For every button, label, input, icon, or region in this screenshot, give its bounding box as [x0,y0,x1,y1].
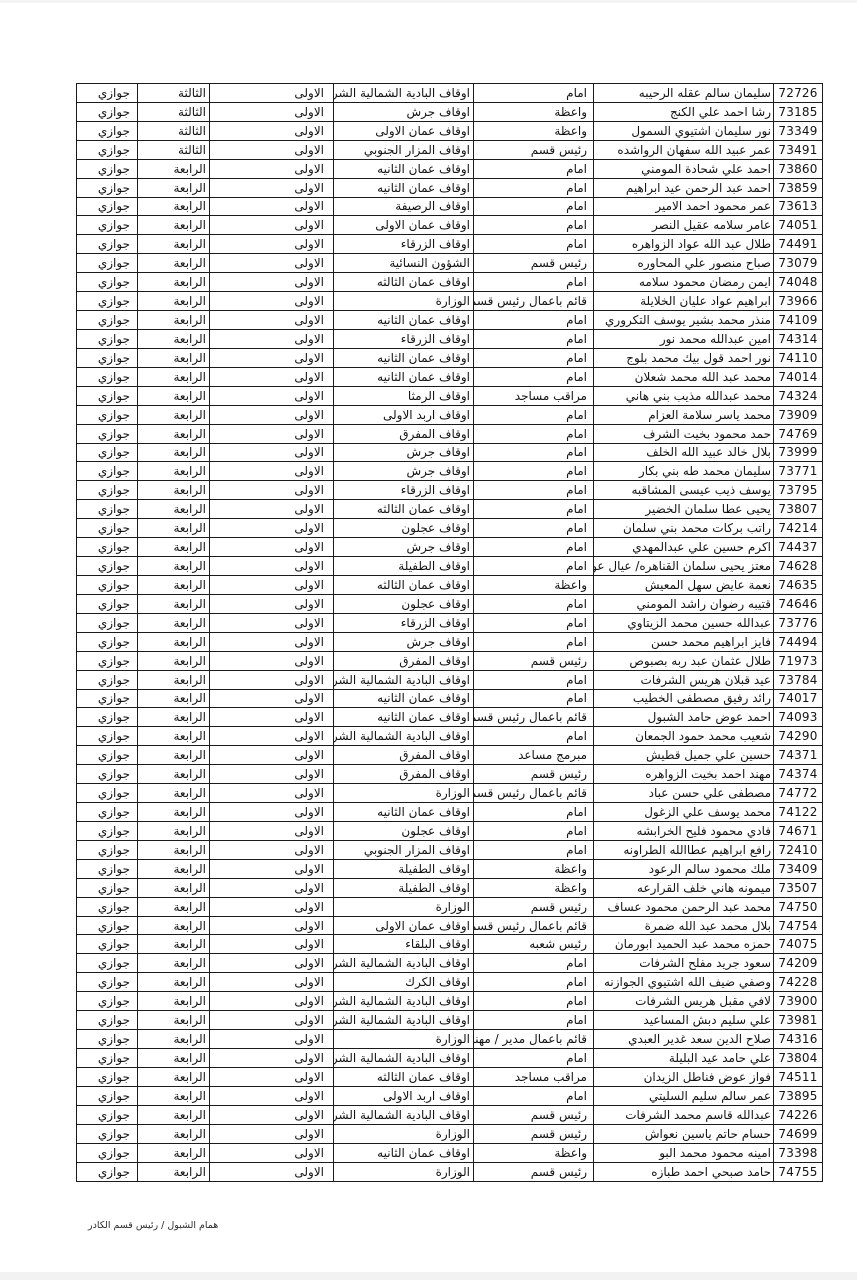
cell-directorate: اوقاف جرش [334,538,474,557]
cell-job: امام [474,159,594,178]
cell-name: يوسف ذيب عيسى المشاقبه [594,481,774,500]
cell-id: 74290 [774,727,823,746]
cell-job: واعظة [474,121,594,140]
cell-grade: الرابعة [138,538,210,557]
cell-name: معتز يحيى سلمان القناهره/ عيال عوا [594,557,774,576]
cell-category: الاولى [210,538,334,557]
cell-category: الاولى [210,935,334,954]
table-row: 74646قتيبه رضوان راشد المومنياماماوقاف ع… [77,594,823,613]
cell-note: جوازي [77,689,138,708]
table-row: 74214راتب بركات محمد بني سلماناماماوقاف … [77,519,823,538]
cell-job: رئيس شعبه [474,935,594,954]
cell-directorate: اوقاف الزرقاء [334,329,474,348]
cell-note: جوازي [77,840,138,859]
cell-id: 74075 [774,935,823,954]
cell-category: الاولى [210,916,334,935]
cell-note: جوازي [77,178,138,197]
cell-grade: الرابعة [138,613,210,632]
cell-name: نور سليمان اشتيوي السمول [594,121,774,140]
cell-grade: الرابعة [138,178,210,197]
cell-directorate: اوقاف جرش [334,462,474,481]
cell-directorate: اوقاف البادية الشمالية الشرقية [334,84,474,103]
cell-job: امام [474,1011,594,1030]
table-row: 74109منذر محمد بشير يوسف التكرورياماماوق… [77,311,823,330]
cell-grade: الرابعة [138,632,210,651]
cell-category: الاولى [210,973,334,992]
cell-category: الاولى [210,557,334,576]
cell-note: جوازي [77,1067,138,1086]
cell-id: 72726 [774,84,823,103]
cell-category: الاولى [210,1011,334,1030]
cell-name: حسين علي جميل قطيش [594,746,774,765]
cell-name: احمد علي شحادة المومني [594,159,774,178]
table-row: 71973طلال عثمان عبد ربه بصبوصرئيس قسماوق… [77,651,823,670]
cell-grade: الثالثة [138,84,210,103]
cell-directorate: الوزارة [334,1124,474,1143]
cell-job: رئيس قسم [474,1162,594,1181]
table-row: 74316صلاح الدين سعد غدير العبديقائم باعم… [77,1030,823,1049]
cell-id: 74316 [774,1030,823,1049]
cell-id: 74750 [774,897,823,916]
cell-directorate: اوقاف الزرقاء [334,481,474,500]
scan-edge-bottom [0,1272,857,1280]
cell-directorate: اوقاف عمان الثانيه [334,159,474,178]
cell-job: رئيس قسم [474,254,594,273]
table-row: 74017رائد رفيق مصطفى الخطيباماماوقاف عما… [77,689,823,708]
cell-directorate: اوقاف عمان الثانيه [334,311,474,330]
cell-job: قائم باعمال رئيس قسم [474,784,594,803]
cell-grade: الرابعة [138,254,210,273]
cell-name: علي حامد عيد البليلة [594,1049,774,1068]
cell-directorate: اوقاف المفرق [334,424,474,443]
cell-id: 74324 [774,386,823,405]
cell-note: جوازي [77,557,138,576]
cell-note: جوازي [77,1162,138,1181]
cell-grade: الرابعة [138,405,210,424]
cell-directorate: اوقاف عمان الثانيه [334,689,474,708]
table-row: 73860احمد علي شحادة المومنياماماوقاف عما… [77,159,823,178]
cell-note: جوازي [77,84,138,103]
cell-note: جوازي [77,386,138,405]
table-row: 74772مصطفى علي حسن عبادقائم باعمال رئيس … [77,784,823,803]
cell-note: جوازي [77,140,138,159]
table-row: 74228وصفي ضيف الله اشتيوي الجوازنهاماماو… [77,973,823,992]
table-row: 73507ميمونه هاني خلف القرارعهواعظةاوقاف … [77,878,823,897]
cell-grade: الرابعة [138,784,210,803]
cell-name: احمد عوض حامد الشبول [594,708,774,727]
cell-directorate: اوقاف عمان الثالثه [334,575,474,594]
cell-id: 73860 [774,159,823,178]
cell-note: جوازي [77,538,138,557]
cell-id: 74769 [774,424,823,443]
cell-id: 73795 [774,481,823,500]
cell-category: الاولى [210,405,334,424]
cell-category: الاولى [210,594,334,613]
cell-grade: الرابعة [138,1143,210,1162]
cell-note: جوازي [77,481,138,500]
cell-grade: الرابعة [138,443,210,462]
table-row: 74371حسين علي جميل قطيشمبرمج مساعداوقاف … [77,746,823,765]
cell-id: 73900 [774,992,823,1011]
cell-directorate: الشؤون النسائية [334,254,474,273]
cell-job: امام [474,557,594,576]
table-row: 73807يحيى عطا سلمان الخضيراماماوقاف عمان… [77,500,823,519]
cell-category: الاولى [210,1143,334,1162]
cell-directorate: اوقاف عمان الثانيه [334,803,474,822]
cell-job: امام [474,803,594,822]
cell-job: امام [474,954,594,973]
cell-note: جوازي [77,311,138,330]
cell-grade: الرابعة [138,367,210,386]
cell-job: امام [474,1086,594,1105]
cell-id: 73999 [774,443,823,462]
cell-category: الاولى [210,1124,334,1143]
table-row: 74290شعيب محمد حمود الجمعاناماماوقاف الب… [77,727,823,746]
cell-job: رئيس قسم [474,140,594,159]
cell-grade: الرابعة [138,878,210,897]
cell-directorate: اوقاف عمان الثانيه [334,708,474,727]
cell-note: جوازي [77,348,138,367]
table-row: 73349نور سليمان اشتيوي السمولواعظةاوقاف … [77,121,823,140]
cell-job: امام [474,311,594,330]
cell-name: فادي محمود فليح الخرابشه [594,821,774,840]
table-row: 74494فايز ابراهيم محمد حسناماماوقاف جرشا… [77,632,823,651]
cell-note: جوازي [77,859,138,878]
cell-grade: الرابعة [138,575,210,594]
cell-id: 73966 [774,292,823,311]
cell-job: رئيس قسم [474,897,594,916]
cell-note: جوازي [77,670,138,689]
cell-grade: الرابعة [138,821,210,840]
cell-directorate: الوزارة [334,897,474,916]
table-row: 73491عمر عبيد الله سفهان الرواشدهرئيس قس… [77,140,823,159]
cell-note: جوازي [77,254,138,273]
cell-job: امام [474,500,594,519]
cell-name: محمد عبد الرحمن محمود عساف [594,897,774,916]
cell-category: الاولى [210,311,334,330]
cell-grade: الرابعة [138,689,210,708]
cell-category: الاولى [210,575,334,594]
cell-name: لافي مقبل هريس الشرفات [594,992,774,1011]
cell-category: الاولى [210,1030,334,1049]
cell-name: ابراهيم عواد عليان الخلايلة [594,292,774,311]
table-row: 74754بلال محمد عبد الله ضمرةقائم باعمال … [77,916,823,935]
cell-job: امام [474,1049,594,1068]
cell-job: واعظة [474,575,594,594]
cell-note: جوازي [77,292,138,311]
cell-directorate: اوقاف الرصيفة [334,197,474,216]
cell-id: 71973 [774,651,823,670]
cell-id: 73349 [774,121,823,140]
cell-category: الاولى [210,651,334,670]
cell-job: واعظة [474,878,594,897]
table-row: 74048ايمن رمضان محمود سلامهاماماوقاف عما… [77,273,823,292]
cell-grade: الرابعة [138,1030,210,1049]
cell-directorate: اوقاف عجلون [334,519,474,538]
cell-note: جوازي [77,594,138,613]
cell-id: 73804 [774,1049,823,1068]
table-row: 73613عمر محمود احمد الاميراماماوقاف الرص… [77,197,823,216]
cell-name: سليمان محمد طه بني بكار [594,462,774,481]
cell-note: جوازي [77,632,138,651]
cell-grade: الرابعة [138,424,210,443]
cell-name: حمزه محمد عبد الحميد ابورمان [594,935,774,954]
cell-category: الاولى [210,632,334,651]
cell-name: محمد عبد الله محمد شعلان [594,367,774,386]
table-row: 73771سليمان محمد طه بني بكاراماماوقاف جر… [77,462,823,481]
cell-category: الاولى [210,784,334,803]
cell-category: الاولى [210,746,334,765]
cell-job: امام [474,727,594,746]
table-row: 73079صباح منصور علي المحاورهرئيس قسمالشؤ… [77,254,823,273]
cell-name: عيد قبلان هريس الشرفات [594,670,774,689]
cell-directorate: اوقاف المفرق [334,746,474,765]
cell-note: جوازي [77,992,138,1011]
cell-grade: الرابعة [138,765,210,784]
cell-name: عبدالله قاسم محمد الشرفات [594,1105,774,1124]
cell-name: راتب بركات محمد بني سلمان [594,519,774,538]
staff-table: 72726سليمان سالم عقله الرحيبهاماماوقاف ا… [76,83,823,1182]
cell-grade: الرابعة [138,1162,210,1181]
cell-id: 74209 [774,954,823,973]
cell-id: 74437 [774,538,823,557]
cell-directorate: اوقاف الزرقاء [334,235,474,254]
cell-note: جوازي [77,727,138,746]
cell-id: 74051 [774,216,823,235]
cell-id: 74109 [774,311,823,330]
cell-note: جوازي [77,1049,138,1068]
cell-directorate: اوقاف المفرق [334,651,474,670]
cell-id: 74754 [774,916,823,935]
scan-edge-top [0,0,857,3]
cell-grade: الرابعة [138,462,210,481]
cell-directorate: اوقاف الطفيلة [334,557,474,576]
cell-category: الاولى [210,897,334,916]
cell-name: فايز ابراهيم محمد حسن [594,632,774,651]
cell-category: الاولى [210,254,334,273]
cell-id: 73507 [774,878,823,897]
cell-job: مبرمج مساعد [474,746,594,765]
table-row: 72726سليمان سالم عقله الرحيبهاماماوقاف ا… [77,84,823,103]
cell-note: جوازي [77,1124,138,1143]
cell-note: جوازي [77,821,138,840]
cell-category: الاولى [210,1049,334,1068]
cell-grade: الرابعة [138,500,210,519]
cell-job: امام [474,632,594,651]
cell-note: جوازي [77,613,138,632]
cell-job: امام [474,424,594,443]
cell-name: بلال خالد عبيد الله الخلف [594,443,774,462]
cell-grade: الرابعة [138,348,210,367]
cell-directorate: اوقاف جرش [334,632,474,651]
cell-grade: الثالثة [138,121,210,140]
cell-category: الاولى [210,1067,334,1086]
cell-name: شعيب محمد حمود الجمعان [594,727,774,746]
cell-directorate: الوزارة [334,784,474,803]
cell-grade: الرابعة [138,311,210,330]
cell-directorate: اوقاف عمان الثالثه [334,500,474,519]
table-row: 74209سعود جريد مفلح الشرفاتاماماوقاف الب… [77,954,823,973]
cell-job: امام [474,84,594,103]
cell-directorate: اوقاف البادية الشمالية الشرقية [334,670,474,689]
cell-job: امام [474,973,594,992]
cell-id: 74511 [774,1067,823,1086]
cell-grade: الرابعة [138,708,210,727]
cell-name: حمد محمود بخيت الشرف [594,424,774,443]
cell-note: جوازي [77,405,138,424]
cell-name: بلال محمد عبد الله ضمرة [594,916,774,935]
table-row: 73981علي سليم دبش المساعيداماماوقاف البا… [77,1011,823,1030]
table-row: 74628معتز يحيى سلمان القناهره/ عيال عواا… [77,557,823,576]
cell-note: جوازي [77,1105,138,1124]
cell-note: جوازي [77,954,138,973]
cell-directorate: اوقاف عمان الثانيه [334,367,474,386]
cell-directorate: اوقاف البادية الشمالية الشرقية [334,1011,474,1030]
cell-id: 74226 [774,1105,823,1124]
cell-job: امام [474,689,594,708]
cell-job: امام [474,405,594,424]
cell-directorate: اوقاف البادية الشمالية الشرقية [334,1049,474,1068]
cell-grade: الرابعة [138,859,210,878]
cell-grade: الرابعة [138,803,210,822]
cell-directorate: اوقاف عجلون [334,821,474,840]
cell-name: وصفي ضيف الله اشتيوي الجوازنه [594,973,774,992]
table-row: 73895عمر سالم سليم السليتياماماوقاف اربد… [77,1086,823,1105]
cell-directorate: اوقاف عمان الثالثه [334,273,474,292]
cell-note: جوازي [77,803,138,822]
cell-grade: الرابعة [138,973,210,992]
cell-job: امام [474,367,594,386]
cell-name: رافع ابراهيم عطاالله الطراونه [594,840,774,859]
cell-name: عبدالله حسين محمد الزيتاوي [594,613,774,632]
cell-note: جوازي [77,102,138,121]
cell-directorate: اوقاف الرمثا [334,386,474,405]
cell-category: الاولى [210,273,334,292]
cell-job: قائم باعمال مدير / مهند [474,1030,594,1049]
cell-name: نور احمد قول بيك محمد بلوج [594,348,774,367]
cell-directorate: اوقاف الزرقاء [334,613,474,632]
cell-directorate: اوقاف عمان الثانيه [334,1143,474,1162]
cell-directorate: اوقاف جرش [334,102,474,121]
cell-grade: الرابعة [138,935,210,954]
cell-job: امام [474,329,594,348]
cell-note: جوازي [77,519,138,538]
table-row: 74051عامر سلامه عقيل النصراماماوقاف عمان… [77,216,823,235]
cell-directorate: اوقاف اربد الاولى [334,1086,474,1105]
cell-name: عمر محمود احمد الامير [594,197,774,216]
cell-name: فواز عوض فناطل الزيدان [594,1067,774,1086]
cell-id: 74491 [774,235,823,254]
cell-category: الاولى [210,424,334,443]
cell-category: الاولى [210,84,334,103]
cell-category: الاولى [210,765,334,784]
cell-note: جوازي [77,708,138,727]
cell-category: الاولى [210,519,334,538]
cell-name: رشا احمد علي الكنج [594,102,774,121]
cell-name: مصطفى علي حسن عباد [594,784,774,803]
cell-note: جوازي [77,197,138,216]
cell-id: 74494 [774,632,823,651]
cell-directorate: الوزارة [334,1162,474,1181]
cell-category: الاولى [210,367,334,386]
cell-id: 73895 [774,1086,823,1105]
cell-job: امام [474,348,594,367]
cell-grade: الرابعة [138,292,210,311]
table-row: 74755حامد صبحي احمد طبازهرئيس قسمالوزارة… [77,1162,823,1181]
cell-name: محمد عبدالله مذيب بني هاني [594,386,774,405]
cell-id: 74228 [774,973,823,992]
cell-grade: الرابعة [138,1124,210,1143]
table-row: 74769حمد محمود بخيت الشرفاماماوقاف المفر… [77,424,823,443]
cell-job: امام [474,216,594,235]
cell-grade: الرابعة [138,1067,210,1086]
cell-directorate: الوزارة [334,1030,474,1049]
cell-directorate: اوقاف الطفيلة [334,859,474,878]
cell-grade: الرابعة [138,216,210,235]
cell-note: جوازي [77,500,138,519]
cell-id: 74635 [774,575,823,594]
cell-name: رائد رفيق مصطفى الخطيب [594,689,774,708]
cell-directorate: اوقاف البادية الشمالية الشرقية [334,954,474,973]
cell-job: واعظة [474,102,594,121]
cell-category: الاولى [210,1086,334,1105]
cell-directorate: اوقاف اربد الاولى [334,405,474,424]
cell-grade: الرابعة [138,670,210,689]
cell-id: 74314 [774,329,823,348]
cell-id: 73491 [774,140,823,159]
cell-category: الاولى [210,178,334,197]
cell-name: احمد عبد الرحمن عيد ابراهيم [594,178,774,197]
cell-job: مراقب مساجد [474,386,594,405]
cell-name: سعود جريد مفلح الشرفات [594,954,774,973]
cell-note: جوازي [77,878,138,897]
cell-note: جوازي [77,935,138,954]
cell-note: جوازي [77,443,138,462]
cell-grade: الرابعة [138,1049,210,1068]
table-row: 74437اكرم حسين علي عبدالمهدياماماوقاف جر… [77,538,823,557]
cell-name: ميمونه هاني خلف القرارعه [594,878,774,897]
cell-directorate: اوقاف عجلون [334,594,474,613]
cell-job: امام [474,197,594,216]
cell-id: 74110 [774,348,823,367]
cell-note: جوازي [77,329,138,348]
cell-grade: الرابعة [138,954,210,973]
cell-grade: الرابعة [138,519,210,538]
cell-id: 74628 [774,557,823,576]
cell-name: صلاح الدين سعد غدير العبدي [594,1030,774,1049]
table-row: 74314امين عبدالله محمد نوراماماوقاف الزر… [77,329,823,348]
cell-note: جوازي [77,216,138,235]
table-row: 74075حمزه محمد عبد الحميد ابورمانرئيس شع… [77,935,823,954]
cell-category: الاولى [210,803,334,822]
cell-directorate: اوقاف عمان الاولى [334,121,474,140]
cell-name: نعمة عايض سهل المعيش [594,575,774,594]
cell-grade: الرابعة [138,897,210,916]
cell-directorate: اوقاف عمان الاولى [334,916,474,935]
cell-job: رئيس قسم [474,1105,594,1124]
cell-name: ايمن رمضان محمود سلامه [594,273,774,292]
cell-directorate: اوقاف البادية الشمالية الشرقية [334,992,474,1011]
cell-note: جوازي [77,746,138,765]
cell-note: جوازي [77,1011,138,1030]
cell-job: امام [474,443,594,462]
cell-name: عمر سالم سليم السليتي [594,1086,774,1105]
cell-grade: الرابعة [138,273,210,292]
cell-id: 74699 [774,1124,823,1143]
cell-id: 74646 [774,594,823,613]
footer-signature: همام الشبول / رئيس قسم الكادر [88,1220,218,1231]
cell-id: 74093 [774,708,823,727]
